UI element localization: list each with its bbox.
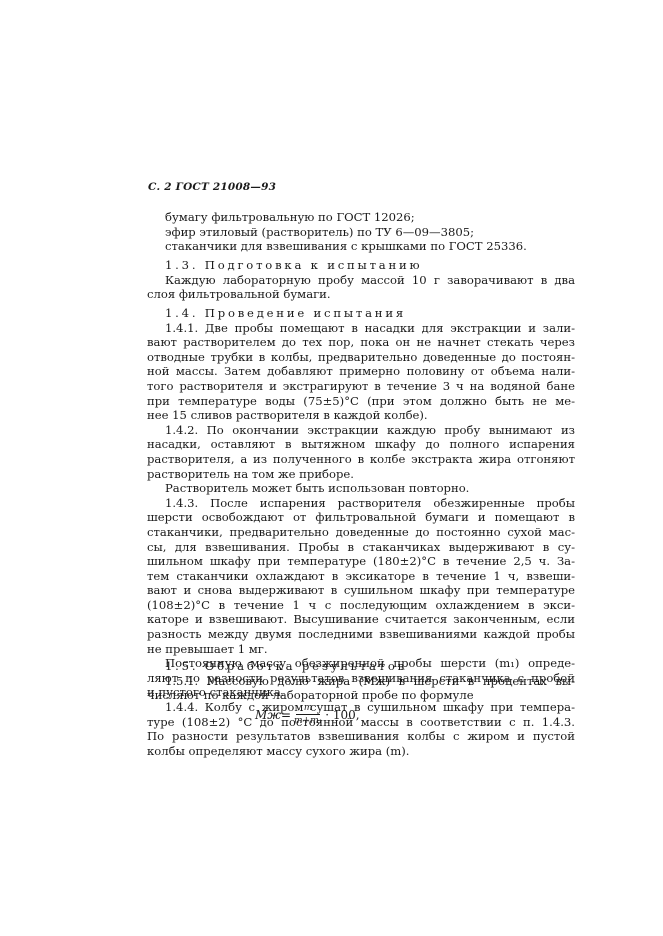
text-line: 1.4.2. По окончании экстракции каждую пр… <box>147 423 575 438</box>
text-line: растворитель на том же приборе. <box>147 467 575 482</box>
text-line: не превышает 1 мг. <box>147 642 575 657</box>
section-1-3: 1.3. Подготовка к испытанию Каждую лабор… <box>147 258 575 302</box>
formula-numerator: m <box>296 703 321 715</box>
text-line: туре (108±2) °С до постоянной массы в со… <box>147 715 575 730</box>
formula-fraction: m m+m₁ <box>294 703 322 726</box>
text-line: шильном шкафу при температуре (180±2)°С … <box>147 554 575 569</box>
text-line: вают и снова выдерживают в сушильном шка… <box>147 583 575 598</box>
section-heading: 1.5. Обработка результатов <box>147 659 575 674</box>
text-line: (108±2)°С в течение 1 ч с последующим ох… <box>147 598 575 613</box>
section-1-5: 1.5. Обработка результатов 1.5.1. Массов… <box>147 659 575 703</box>
text-line: тем стаканчики охлаждают в эксикаторе в … <box>147 569 575 584</box>
text-line: По разности результатов взвешивания колб… <box>147 729 575 744</box>
text-line: каторе и взвешивают. Высушивание считает… <box>147 612 575 627</box>
text-line: растворителя, а из полученного в колбе э… <box>147 452 575 467</box>
text-line: 1.4.1. Две пробы помещают в насадки для … <box>147 321 575 336</box>
text-line: сы, для взвешивания. Пробы в стаканчиках… <box>147 540 575 555</box>
list-item: бумагу фильтровальную по ГОСТ 12026; <box>147 210 575 225</box>
page-header: С. 2 ГОСТ 21008—93 <box>148 181 276 193</box>
text-line: насадки, оставляют в вытяжном шкафу до п… <box>147 437 575 452</box>
text-line: 1.5.1. Массовую долю жира (Mж) в шерсти … <box>147 674 575 689</box>
text-line: Растворитель может быть использован повт… <box>147 481 575 496</box>
text-line: Каждую лабораторную пробу массой 10 г за… <box>147 273 575 288</box>
text-line: нее 15 сливов растворителя в каждой колб… <box>147 408 575 423</box>
materials-list: бумагу фильтровальную по ГОСТ 12026; эфи… <box>147 210 575 254</box>
text-line: вают растворителем до тех пор, пока он н… <box>147 335 575 350</box>
text-line: при температуре воды (75±5)°С (при этом … <box>147 394 575 409</box>
list-item: эфир этиловый (растворитель) по ТУ 6—09—… <box>147 225 575 240</box>
section-heading: 1.3. Подготовка к испытанию <box>147 258 575 273</box>
text-line: того растворителя и экстрагируют в течен… <box>147 379 575 394</box>
formula-tail: · 100, <box>325 708 359 722</box>
text-line: шерсти освобождают от фильтровальной бум… <box>147 510 575 525</box>
formula-lhs: Mж <box>255 708 281 722</box>
text-line: ной массы. Затем добавляют примерно поло… <box>147 364 575 379</box>
text-line: стаканчики, предварительно доведенные до… <box>147 525 575 540</box>
text-line: числяют по каждой лабораторной пробе по … <box>147 688 575 703</box>
text-line: 1.4.3. После испарения растворителя обез… <box>147 496 575 511</box>
formula-eq: = <box>281 708 291 722</box>
text-line: слоя фильтровальной бумаги. <box>147 287 575 302</box>
section-heading: 1.4. Проведение испытания <box>147 306 575 321</box>
list-item: стаканчики для взвешивания с крышками по… <box>147 239 575 254</box>
formula: Mж = m m+m₁ · 100, <box>255 703 360 726</box>
document-page: С. 2 ГОСТ 21008—93 бумагу фильтровальную… <box>0 0 663 936</box>
text-line: отводные трубки в колбы, предварительно … <box>147 350 575 365</box>
text-line: колбы определяют массу сухого жира (m). <box>147 744 575 759</box>
formula-denominator: m+m₁ <box>294 715 322 726</box>
text-line: разность между двумя последними взвешива… <box>147 627 575 642</box>
